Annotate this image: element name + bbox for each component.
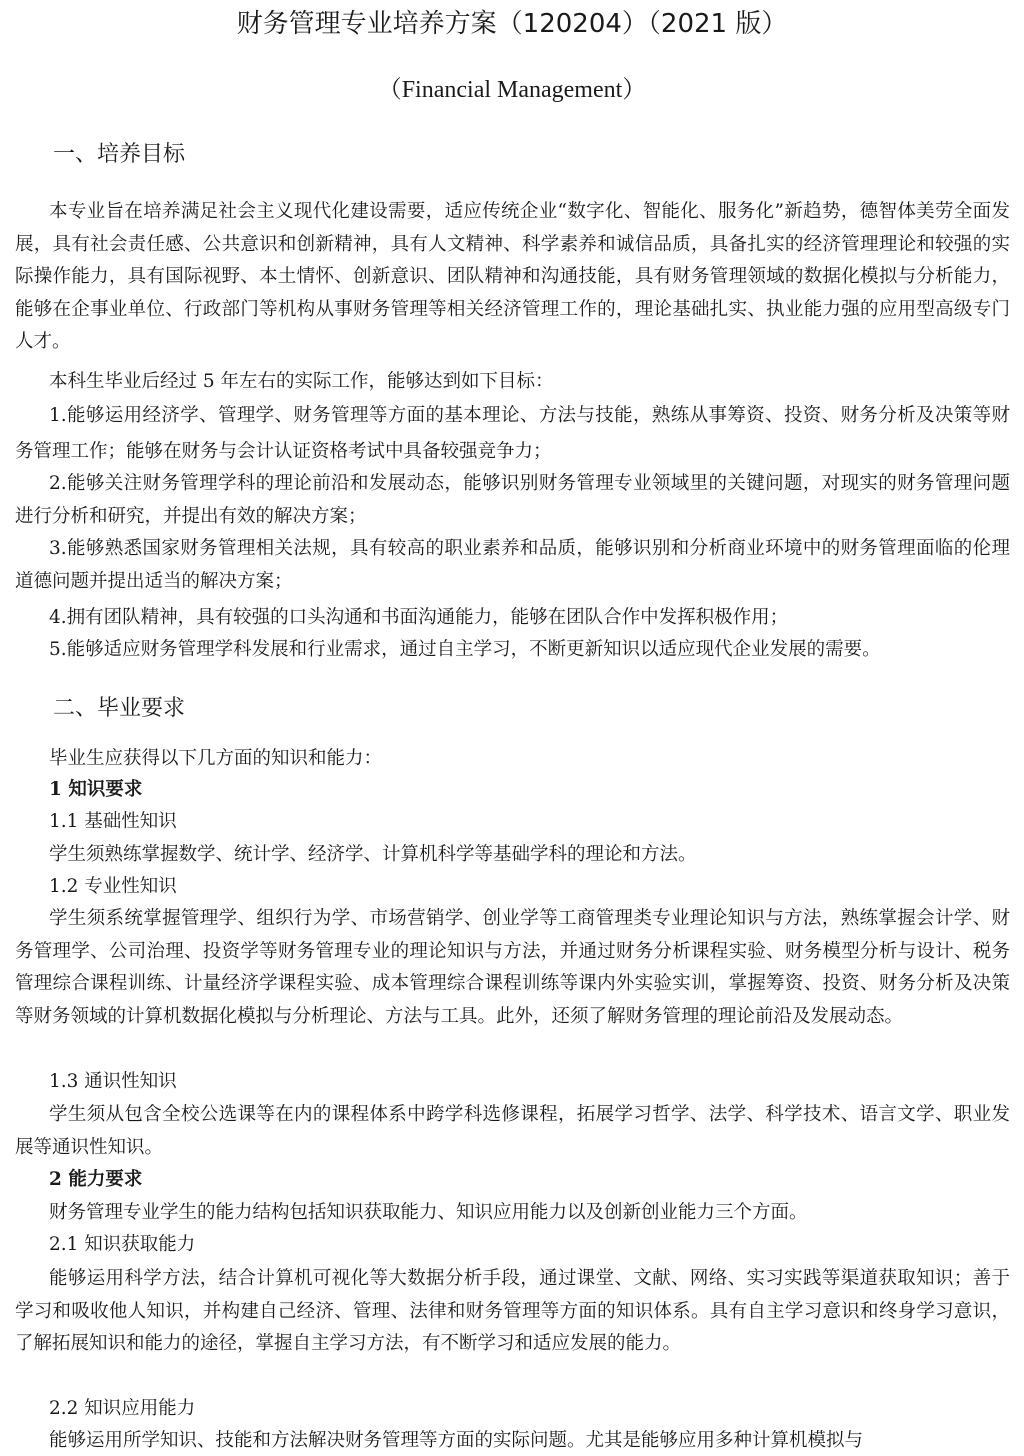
general-knowledge-heading: 1.3 通识性知识 [49, 1067, 177, 1097]
goal-item-3: 3.能够熟悉国家财务管理相关法规，具有较高的职业素养和品质，能够识别和分析商业环… [15, 533, 1010, 598]
knowledge-acquisition-text: 能够运用科学方法，结合计算机可视化等大数据分析手段，通过课堂、文献、网络、实习实… [15, 1263, 1010, 1361]
document-subtitle: （Financial Management） [0, 72, 1024, 108]
general-knowledge-text: 学生须从包含全校公选课等在内的课程体系中跨学科选修课程，拓展学习哲学、法学、科学… [15, 1099, 1010, 1164]
document-title: 财务管理专业培养方案（120204）（2021 版） [0, 4, 1024, 44]
goal-item-4: 4.拥有团队精神，具有较强的口头沟通和书面沟通能力，能够在团队合作中发挥积极作用… [15, 602, 1010, 635]
knowledge-application-text: 能够运用所学知识、技能和方法解决财务管理等方面的实际问题。尤其是能够应用多种计算… [15, 1425, 1010, 1456]
goal-item-5: 5.能够适应财务管理学科发展和行业需求，通过自主学习，不断更新知识以适应现代企业… [15, 634, 1010, 667]
document-page: 财务管理专业培养方案（120204）（2021 版） （Financial Ma… [0, 0, 1024, 1456]
section-heading-graduation-requirements: 二、毕业要求 [53, 693, 185, 725]
objectives-intro-paragraph: 本专业旨在培养满足社会主义现代化建设需要，适应传统企业“数字化、智能化、服务化”… [15, 196, 1010, 359]
goals-intro: 本科生毕业后经过 5 年左右的实际工作，能够达到如下目标： [15, 366, 1010, 399]
professional-knowledge-text: 学生须系统掌握管理学、组织行为学、市场营销学、创业学等工商管理类专业理论知识与方… [15, 903, 1010, 1033]
ability-requirements-intro: 财务管理专业学生的能力结构包括知识获取能力、知识应用能力以及创新创业能力三个方面… [49, 1198, 808, 1228]
requirements-intro: 毕业生应获得以下几方面的知识和能力： [49, 744, 382, 774]
knowledge-acquisition-heading: 2.1 知识获取能力 [49, 1230, 195, 1260]
ability-requirements-heading: 2 能力要求 [49, 1165, 142, 1195]
knowledge-requirements-heading: 1 知识要求 [49, 775, 142, 805]
basic-knowledge-heading: 1.1 基础性知识 [49, 807, 177, 837]
goal-item-1: 1.能够运用经济学、管理学、财务管理等方面的基本理论、方法与技能，熟练从事筹资、… [15, 398, 1010, 470]
section-heading-objectives: 一、培养目标 [53, 139, 185, 171]
professional-knowledge-heading: 1.2 专业性知识 [49, 872, 177, 902]
basic-knowledge-text: 学生须熟练掌握数学、统计学、经济学、计算机科学等基础学科的理论和方法。 [49, 840, 697, 870]
knowledge-application-heading: 2.2 知识应用能力 [49, 1394, 195, 1424]
goal-item-2: 2.能够关注财务管理学科的理论前沿和发展动态，能够识别财务管理专业领域里的关键问… [15, 468, 1010, 533]
